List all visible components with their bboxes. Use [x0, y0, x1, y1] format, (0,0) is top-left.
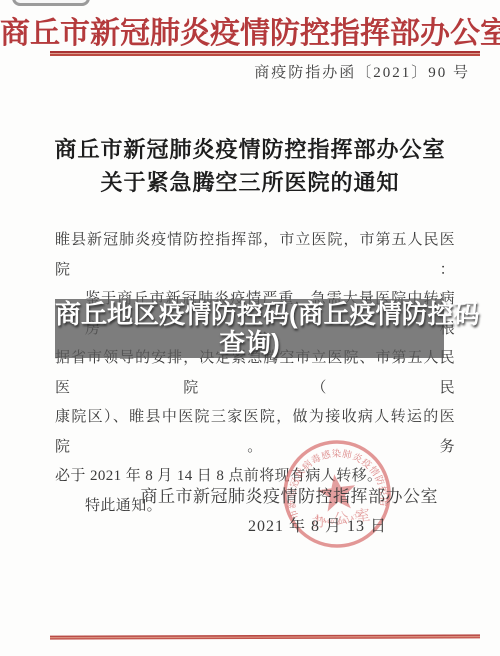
watermark-text-line2: 查询): [55, 329, 444, 358]
document-page: 商丘市新冠肺炎疫情防控指挥部办公室 商疫防指办函〔2021〕90 号 商丘市新冠…: [0, 0, 500, 656]
watermark-banner: 商丘地区疫情防控码(商丘疫情防控码 查询): [55, 299, 444, 358]
watermark-text-line1: 商丘地区疫情防控码(商丘疫情防控码: [55, 300, 444, 329]
body-line: 康院区）、睢县中医院三家医院，做为接收病人转运的医院。务: [55, 403, 455, 462]
letterhead-divider: [50, 51, 480, 56]
document-title-line1: 商丘市新冠肺炎疫情防控指挥部办公室: [0, 133, 500, 166]
signature-date: 2021 年 8 月 13 日: [248, 513, 387, 536]
document-body: 睢县新冠肺炎疫情防控指挥部，市立医院，市第五人民医院： 鉴于商丘市新冠肺炎疫情严…: [55, 226, 455, 521]
document-title: 商丘市新冠肺炎疫情防控指挥部办公室 关于紧急腾空三所医院的通知: [0, 133, 500, 199]
footer-divider: [50, 634, 480, 639]
signature-org: 商丘市新冠肺炎疫情防控指挥部办公室: [141, 482, 439, 507]
clipped-tab-shape: [12, 0, 90, 6]
document-number: 商疫防指办函〔2021〕90 号: [254, 61, 470, 82]
body-line: 睢县新冠肺炎疫情防控指挥部，市立医院，市第五人民医院：: [55, 226, 455, 285]
document-title-line2: 关于紧急腾空三所医院的通知: [0, 166, 500, 199]
letterhead-title: 商丘市新冠肺炎疫情防控指挥部办公室: [0, 8, 500, 52]
